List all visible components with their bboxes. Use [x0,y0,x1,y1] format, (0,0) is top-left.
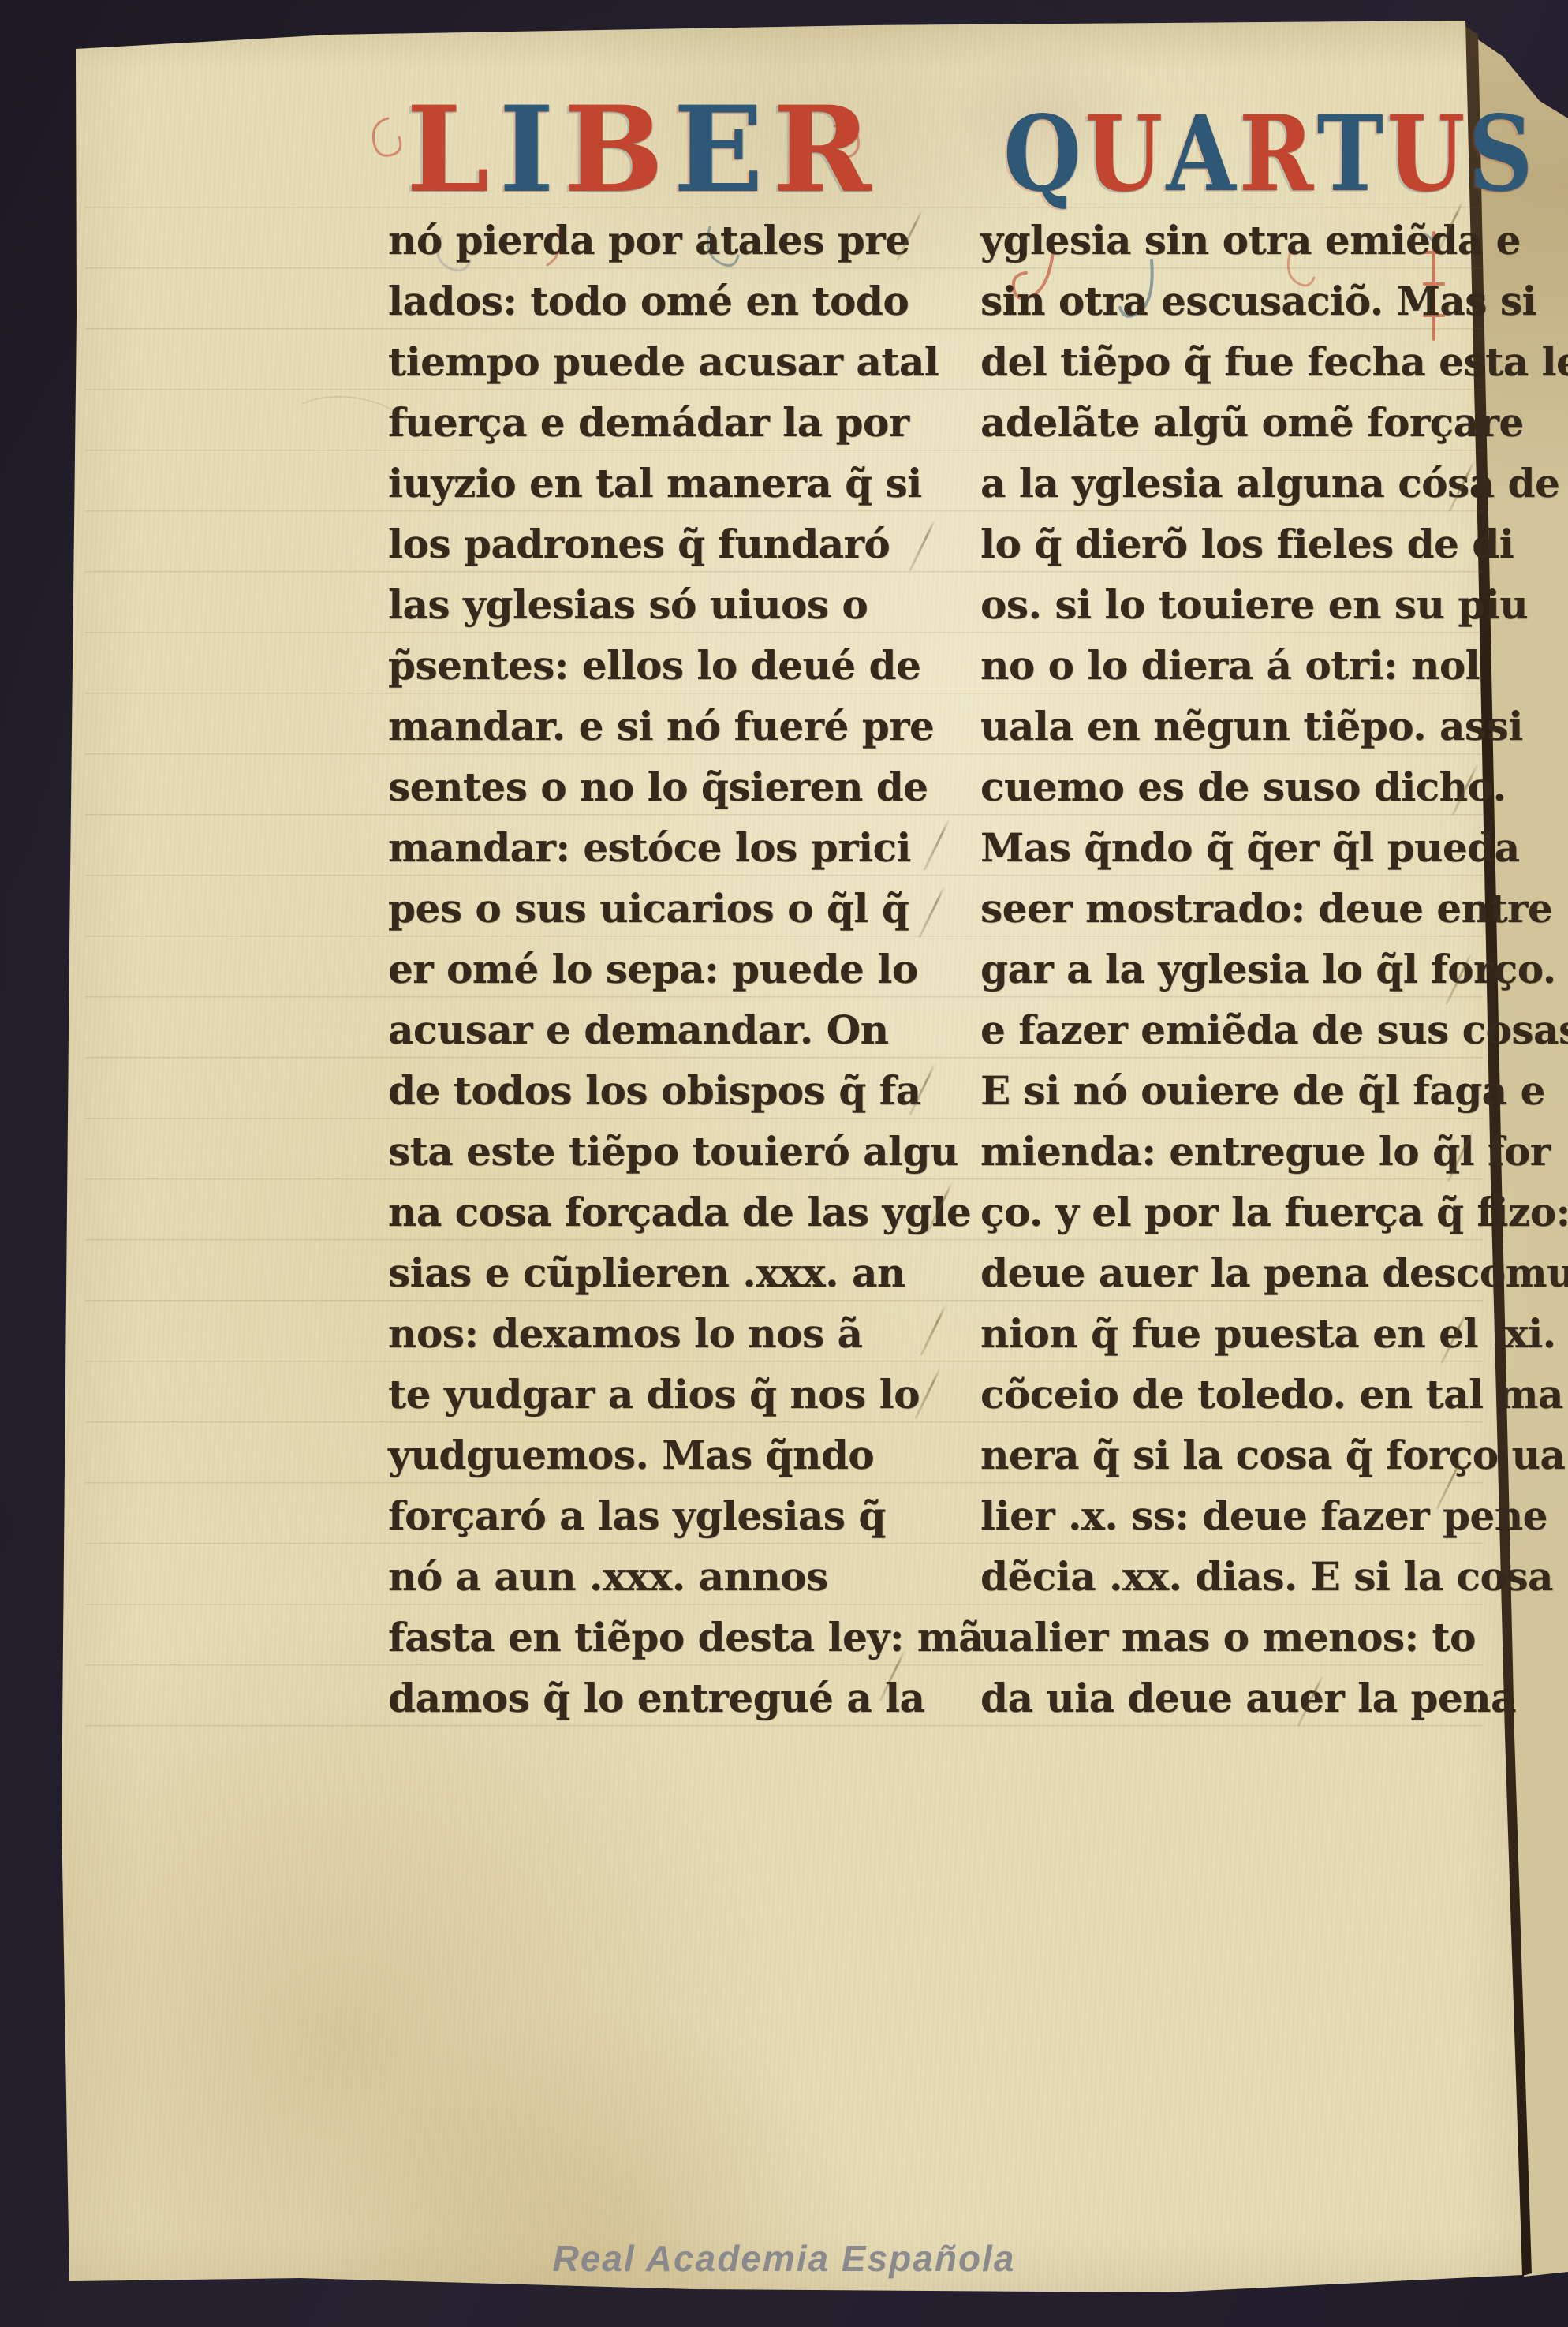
manuscript-line: damos q̃ lo entregué a la [388,1669,948,1730]
manuscript-line: mienda: entregue lo q̃l for [980,1122,1540,1183]
manuscript-line: las yglesias só uiuos o [388,576,948,637]
manuscript-line: sias e cũplieren .xxx. an [388,1244,948,1305]
header-letter: E [673,80,772,219]
manuscript-line: lo q̃ dierõ los fieles de di [980,515,1540,576]
manuscript-line: tiempo puede acusar atal [388,333,948,394]
manuscript-line: pes o sus uicarios o q̃l q̃ [388,880,948,940]
manuscript-line: te yudgar a dios q̃ nos lo [388,1365,948,1426]
header-letter: U [1387,93,1468,215]
manuscript-line: sta este tiẽpo touieró algu [388,1122,948,1183]
manuscript-line: lier .x. ss: deue fazer pene [980,1487,1540,1548]
header-word-quartus: QUARTUS [1003,93,1536,215]
header-letter: L [406,80,498,219]
manuscript-line: uala en nẽgun tiẽpo. assi [980,697,1540,758]
manuscript-line: acusar e demandar. On [388,1001,948,1062]
manuscript-line: forçaró a las yglesias q̃ [388,1487,948,1548]
header-letter: B [564,80,674,219]
manuscript-line: sentes o no lo q̃sieren de [388,758,948,819]
manuscript-line: nos: dexamos lo nos ã [388,1305,948,1365]
header-letter: R [773,80,881,219]
header-letter: Q [1003,93,1085,215]
manuscript-line: mandar: estóce los prici [388,819,948,880]
manuscript-line: E si nó ouiere de q̃l faga e [980,1062,1540,1122]
manuscript-line: del tiẽpo q̃ fue fecha esta ley [980,333,1540,394]
manuscript-line: fuerça e demádar la por [388,394,948,454]
manuscript-line: e fazer emiẽda de sus cosas. [980,1001,1540,1062]
manuscript-line: nó pierda por atales pre [388,211,948,272]
manuscript-line: ualier mas o menos: to [980,1608,1540,1669]
header-letter: S [1469,93,1536,215]
manuscript-line: p̃sentes: ellos lo deué de [388,637,948,697]
manuscript-line: yudguemos. Mas q̃ndo [388,1426,948,1487]
manuscript-column-right: yglesia sin otra emiẽda esin otra escusa… [980,211,1540,1730]
header-word-liber: LIBER [406,80,880,219]
manuscript-line: a la yglesia alguna cósa de [980,454,1540,515]
manuscript-line: dẽcia .xx. dias. E si la cosa [980,1548,1540,1608]
header-letter: I [498,80,563,219]
manuscript-line: er omé lo sepa: puede lo [388,940,948,1001]
manuscript-line: nera q̃ si la cosa q̃ forço ua [980,1426,1540,1487]
header-letter: A [1166,93,1238,215]
manuscript-line: de todos los obispos q̃ fa [388,1062,948,1122]
manuscript-line: deue auer la pena descomu [980,1244,1540,1305]
manuscript-column-left: nó pierda por atales prelados: todo omé … [388,211,948,1730]
manuscript-line: seer mostrado: deue entre [980,880,1540,940]
manuscript-line: los padrones q̃ fundaró [388,515,948,576]
library-watermark: Real Academia Española [0,2237,1568,2280]
header-letter: R [1239,93,1317,215]
header-letter: U [1085,93,1166,215]
manuscript-line: da uia deue auer la pena [980,1669,1540,1730]
manuscript-line: mandar. e si nó fueré pre [388,697,948,758]
manuscript-line: sin otra escusaciõ. Mas si [980,272,1540,333]
manuscript-line: nó a aun .xxx. annos [388,1548,948,1608]
manuscript-line: adelãte algũ omẽ forçare [980,394,1540,454]
manuscript-line: iuyzio en tal manera q̃ si [388,454,948,515]
manuscript-line: os. si lo touiere en su piu [980,576,1540,637]
manuscript-line: ço. y el por la fuerça q̃ fizo: [980,1183,1540,1244]
manuscript-line: Mas q̃ndo q̃ q̃er q̃l pueda [980,819,1540,880]
manuscript-line: lados: todo omé en todo [388,272,948,333]
manuscript-line: gar a la yglesia lo q̃l forço. [980,940,1540,1001]
manuscript-line: yglesia sin otra emiẽda e [980,211,1540,272]
manuscript-line: na cosa forçada de las ygle [388,1183,948,1244]
header-letter: T [1317,93,1387,215]
manuscript-line: cõceio de toledo. en tal ma [980,1365,1540,1426]
manuscript-line: no o lo diera á otri: nol [980,637,1540,697]
manuscript-line: fasta en tiẽpo desta ley: mã [388,1608,948,1669]
